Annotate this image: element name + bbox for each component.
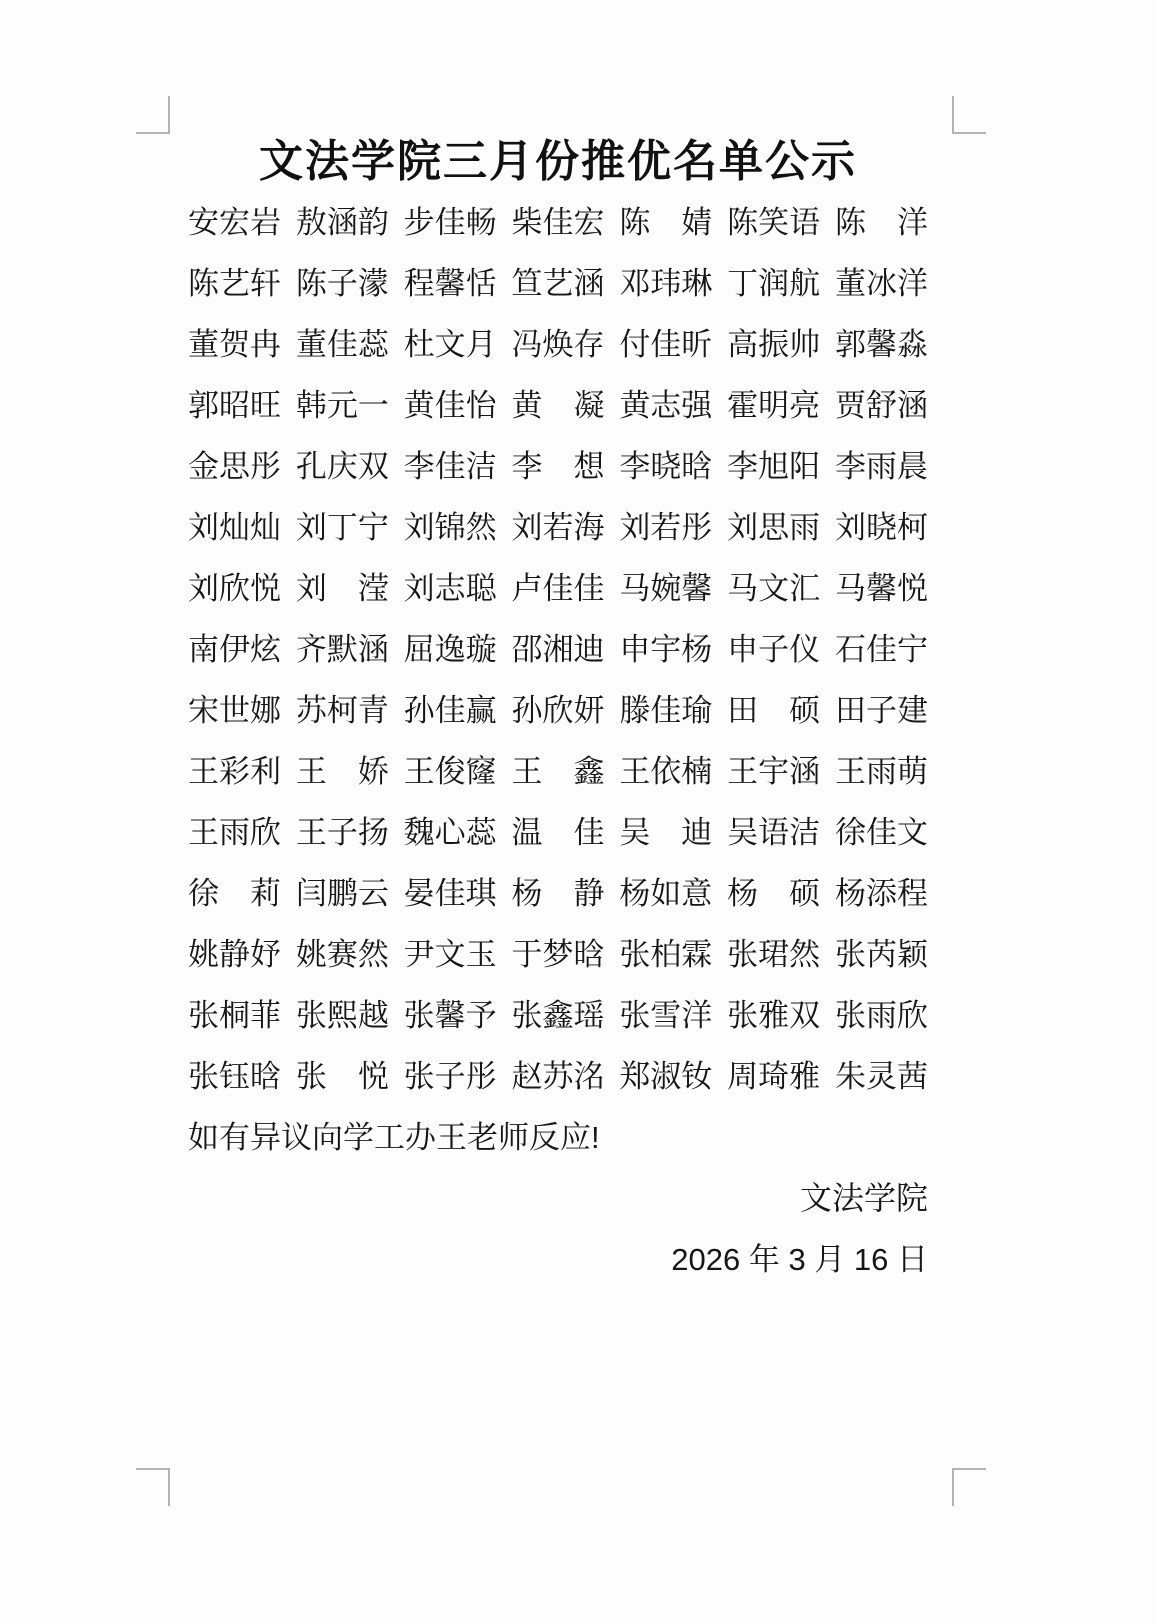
- student-name: 张雅双: [727, 985, 820, 1046]
- student-name: 温 佳: [511, 802, 604, 863]
- student-name: 田子建: [835, 680, 928, 741]
- student-name: 王俊窿: [404, 741, 497, 802]
- student-name: 田 硕: [727, 680, 820, 741]
- student-name: 闫鹏云: [296, 863, 389, 924]
- student-name: 贾舒涵: [835, 375, 928, 436]
- student-name: 马馨悦: [835, 558, 928, 619]
- student-name: 王依楠: [619, 741, 712, 802]
- student-name: 陈 洋: [835, 192, 928, 253]
- student-name: 张珺然: [727, 924, 820, 985]
- student-name: 郭馨淼: [835, 314, 928, 375]
- name-row: 王雨欣王子扬魏心蕊温 佳吴 迪吴语洁徐佳文: [188, 802, 928, 863]
- student-name: 张馨予: [404, 985, 497, 1046]
- student-name: 张子彤: [404, 1046, 497, 1107]
- student-name: 李晓晗: [619, 436, 712, 497]
- name-row: 姚静妤姚赛然尹文玉于梦晗张柏霖张珺然张芮颖: [188, 924, 928, 985]
- student-name: 王 娇: [296, 741, 389, 802]
- student-name: 孙佳赢: [404, 680, 497, 741]
- student-name: 周琦雅: [727, 1046, 820, 1107]
- student-name: 王彩利: [188, 741, 281, 802]
- student-name: 张雨欣: [835, 985, 928, 1046]
- student-name: 张芮颖: [835, 924, 928, 985]
- student-name: 陈 婧: [619, 192, 712, 253]
- date-text: 2026 年 3 月 16 日: [188, 1229, 928, 1290]
- student-name: 步佳畅: [404, 192, 497, 253]
- student-name: 付佳昕: [619, 314, 712, 375]
- student-name: 董佳蕊: [296, 314, 389, 375]
- student-name: 朱灵茜: [835, 1046, 928, 1107]
- student-name: 杜文月: [404, 314, 497, 375]
- student-name: 齐默涵: [296, 619, 389, 680]
- document-content: 文法学院三月份推优名单公示 安宏岩敖涵韵步佳畅柴佳宏陈 婧陈笑语陈 洋陈艺轩陈子…: [188, 132, 928, 1290]
- student-name: 张雪洋: [619, 985, 712, 1046]
- student-name: 徐 莉: [188, 863, 281, 924]
- student-name: 张桐菲: [188, 985, 281, 1046]
- student-name: 孔庆双: [296, 436, 389, 497]
- student-name: 南伊炫: [188, 619, 281, 680]
- student-name: 刘晓柯: [835, 497, 928, 558]
- student-name: 黄佳怡: [404, 375, 497, 436]
- student-name: 吴 迪: [619, 802, 712, 863]
- student-name: 屈逸璇: [404, 619, 497, 680]
- student-name: 张熙越: [296, 985, 389, 1046]
- student-name: 吴语洁: [727, 802, 820, 863]
- student-name: 姚赛然: [296, 924, 389, 985]
- student-name: 王 鑫: [511, 741, 604, 802]
- student-name: 刘思雨: [727, 497, 820, 558]
- student-name: 申宇杨: [619, 619, 712, 680]
- student-name: 郑淑钕: [619, 1046, 712, 1107]
- student-name: 徐佳文: [835, 802, 928, 863]
- student-name: 李旭阳: [727, 436, 820, 497]
- crop-mark-top-left: [136, 96, 170, 134]
- student-name: 杨 静: [511, 863, 604, 924]
- student-name: 张 悦: [296, 1046, 389, 1107]
- student-name: 李 想: [511, 436, 604, 497]
- student-name: 王子扬: [296, 802, 389, 863]
- student-name: 霍明亮: [727, 375, 820, 436]
- name-row: 刘灿灿刘丁宁刘锦然刘若海刘若彤刘思雨刘晓柯: [188, 497, 928, 558]
- student-name: 滕佳瑜: [619, 680, 712, 741]
- signature-text: 文法学院: [188, 1168, 928, 1229]
- student-name: 笪艺涵: [511, 253, 604, 314]
- student-name: 张柏霖: [619, 924, 712, 985]
- page-title: 文法学院三月份推优名单公示: [188, 132, 928, 192]
- student-name: 陈子濛: [296, 253, 389, 314]
- student-name: 刘灿灿: [188, 497, 281, 558]
- student-name: 敖涵韵: [296, 192, 389, 253]
- student-name: 于梦晗: [511, 924, 604, 985]
- student-name: 柴佳宏: [511, 192, 604, 253]
- student-name: 申子仪: [727, 619, 820, 680]
- crop-mark-top-right: [952, 96, 986, 134]
- student-name: 刘欣悦: [188, 558, 281, 619]
- student-name: 郭昭旺: [188, 375, 281, 436]
- student-name: 魏心蕊: [404, 802, 497, 863]
- crop-mark-bottom-right: [952, 1468, 986, 1506]
- student-name: 陈艺轩: [188, 253, 281, 314]
- student-name: 姚静妤: [188, 924, 281, 985]
- name-row: 张桐菲张熙越张馨予张鑫瑶张雪洋张雅双张雨欣: [188, 985, 928, 1046]
- student-name: 董贺冉: [188, 314, 281, 375]
- student-name: 程馨恬: [404, 253, 497, 314]
- student-name: 马婉馨: [619, 558, 712, 619]
- student-name: 安宏岩: [188, 192, 281, 253]
- notice-text: 如有异议向学工办王老师反应!: [188, 1107, 928, 1168]
- name-row: 南伊炫齐默涵屈逸璇邵湘迪申宇杨申子仪石佳宁: [188, 619, 928, 680]
- student-name: 陈笑语: [727, 192, 820, 253]
- student-name: 尹文玉: [404, 924, 497, 985]
- student-name: 王宇涵: [727, 741, 820, 802]
- name-row: 王彩利王 娇王俊窿王 鑫王依楠王宇涵王雨萌: [188, 741, 928, 802]
- student-name: 赵苏洺: [511, 1046, 604, 1107]
- student-name: 石佳宁: [835, 619, 928, 680]
- student-name: 王雨萌: [835, 741, 928, 802]
- name-row: 徐 莉闫鹏云晏佳琪杨 静杨如意杨 硕杨添程: [188, 863, 928, 924]
- student-name: 董冰洋: [835, 253, 928, 314]
- student-name: 丁润航: [727, 253, 820, 314]
- name-row: 陈艺轩陈子濛程馨恬笪艺涵邓玮琳丁润航董冰洋: [188, 253, 928, 314]
- name-row: 宋世娜苏柯青孙佳赢孙欣妍滕佳瑜田 硕田子建: [188, 680, 928, 741]
- student-name: 刘 滢: [296, 558, 389, 619]
- crop-mark-bottom-left: [136, 1468, 170, 1506]
- student-name: 李佳洁: [404, 436, 497, 497]
- document-page: 文法学院三月份推优名单公示 安宏岩敖涵韵步佳畅柴佳宏陈 婧陈笑语陈 洋陈艺轩陈子…: [0, 0, 1156, 1624]
- student-name: 金思彤: [188, 436, 281, 497]
- student-name: 邓玮琳: [619, 253, 712, 314]
- student-name: 杨如意: [619, 863, 712, 924]
- student-name: 刘志聪: [404, 558, 497, 619]
- name-row: 董贺冉董佳蕊杜文月冯焕存付佳昕高振帅郭馨淼: [188, 314, 928, 375]
- student-name: 刘丁宁: [296, 497, 389, 558]
- student-name: 高振帅: [727, 314, 820, 375]
- student-name: 晏佳琪: [404, 863, 497, 924]
- student-name: 王雨欣: [188, 802, 281, 863]
- name-row: 郭昭旺韩元一黄佳怡黄 凝黄志强霍明亮贾舒涵: [188, 375, 928, 436]
- student-name: 刘锦然: [404, 497, 497, 558]
- student-name: 张鑫瑶: [511, 985, 604, 1046]
- name-row: 张钰晗张 悦张子彤赵苏洺郑淑钕周琦雅朱灵茜: [188, 1046, 928, 1107]
- student-name: 卢佳佳: [511, 558, 604, 619]
- student-name: 宋世娜: [188, 680, 281, 741]
- student-name: 孙欣妍: [511, 680, 604, 741]
- student-name: 黄志强: [619, 375, 712, 436]
- student-name: 邵湘迪: [511, 619, 604, 680]
- student-name: 杨 硕: [727, 863, 820, 924]
- student-name: 冯焕存: [511, 314, 604, 375]
- name-row: 金思彤孔庆双李佳洁李 想李晓晗李旭阳李雨晨: [188, 436, 928, 497]
- name-row: 安宏岩敖涵韵步佳畅柴佳宏陈 婧陈笑语陈 洋: [188, 192, 928, 253]
- student-name: 张钰晗: [188, 1046, 281, 1107]
- student-name: 韩元一: [296, 375, 389, 436]
- student-name: 李雨晨: [835, 436, 928, 497]
- name-row: 刘欣悦刘 滢刘志聪卢佳佳马婉馨马文汇马馨悦: [188, 558, 928, 619]
- student-name: 马文汇: [727, 558, 820, 619]
- student-name: 刘若彤: [619, 497, 712, 558]
- name-grid: 安宏岩敖涵韵步佳畅柴佳宏陈 婧陈笑语陈 洋陈艺轩陈子濛程馨恬笪艺涵邓玮琳丁润航董…: [188, 192, 928, 1107]
- student-name: 刘若海: [511, 497, 604, 558]
- student-name: 黄 凝: [511, 375, 604, 436]
- student-name: 苏柯青: [296, 680, 389, 741]
- student-name: 杨添程: [835, 863, 928, 924]
